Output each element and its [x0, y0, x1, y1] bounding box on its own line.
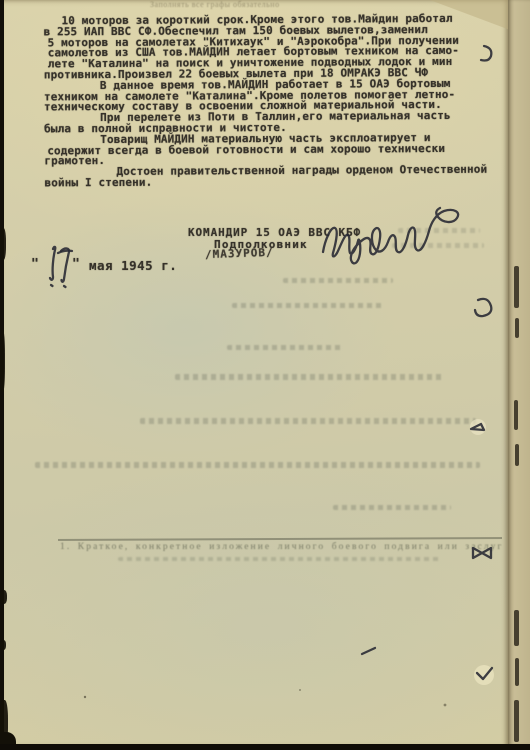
paper-left-edge	[0, 330, 5, 392]
adjacent-page-mark	[514, 700, 519, 742]
adjacent-page-mark	[515, 444, 519, 466]
paper-left-edge	[0, 590, 7, 604]
bleedthrough-smudge	[175, 374, 443, 380]
bleedthrough-smudge	[140, 418, 476, 424]
adjacent-page-mark	[515, 658, 519, 686]
adjacent-page-strip	[508, 0, 530, 745]
typed-body: 10 моторов за короткий срок.Кроме этого …	[43, 14, 500, 190]
date-open-quote: "	[31, 257, 39, 272]
bleedthrough-smudge	[118, 557, 440, 561]
adjacent-page-mark	[514, 266, 519, 308]
bleedthrough-smudge	[333, 505, 451, 510]
adjacent-page-mark	[514, 400, 518, 430]
commander-name-typed: /МАЗУРОВ/	[205, 246, 274, 261]
adjacent-page-mark	[514, 610, 519, 646]
bleedthrough-smudge	[35, 462, 480, 468]
typed-line: содержит всегда в боевой готовности и са…	[44, 143, 500, 157]
bleedthrough-smudge	[232, 303, 382, 308]
bleedthrough-smudge	[398, 228, 480, 233]
bleedthrough-smudge	[227, 345, 343, 350]
form-section-heading: 1. Краткое, конкретное изложение личного…	[60, 542, 504, 552]
adjacent-page-mark	[515, 318, 519, 338]
form-top-note: Заполнять все графы обязательно	[150, 0, 280, 9]
date-close-quote: "	[72, 257, 80, 272]
paper-bottom-edge	[0, 744, 530, 750]
paper-left-edge	[0, 640, 6, 650]
date-text: мая 1945 г.	[89, 258, 177, 273]
paper-left-edge	[0, 228, 6, 260]
scan-page: Заполнять все графы обязательно 1. Кратк…	[0, 0, 530, 750]
bleedthrough-smudge	[283, 278, 393, 283]
bleedthrough-smudge	[392, 243, 484, 248]
